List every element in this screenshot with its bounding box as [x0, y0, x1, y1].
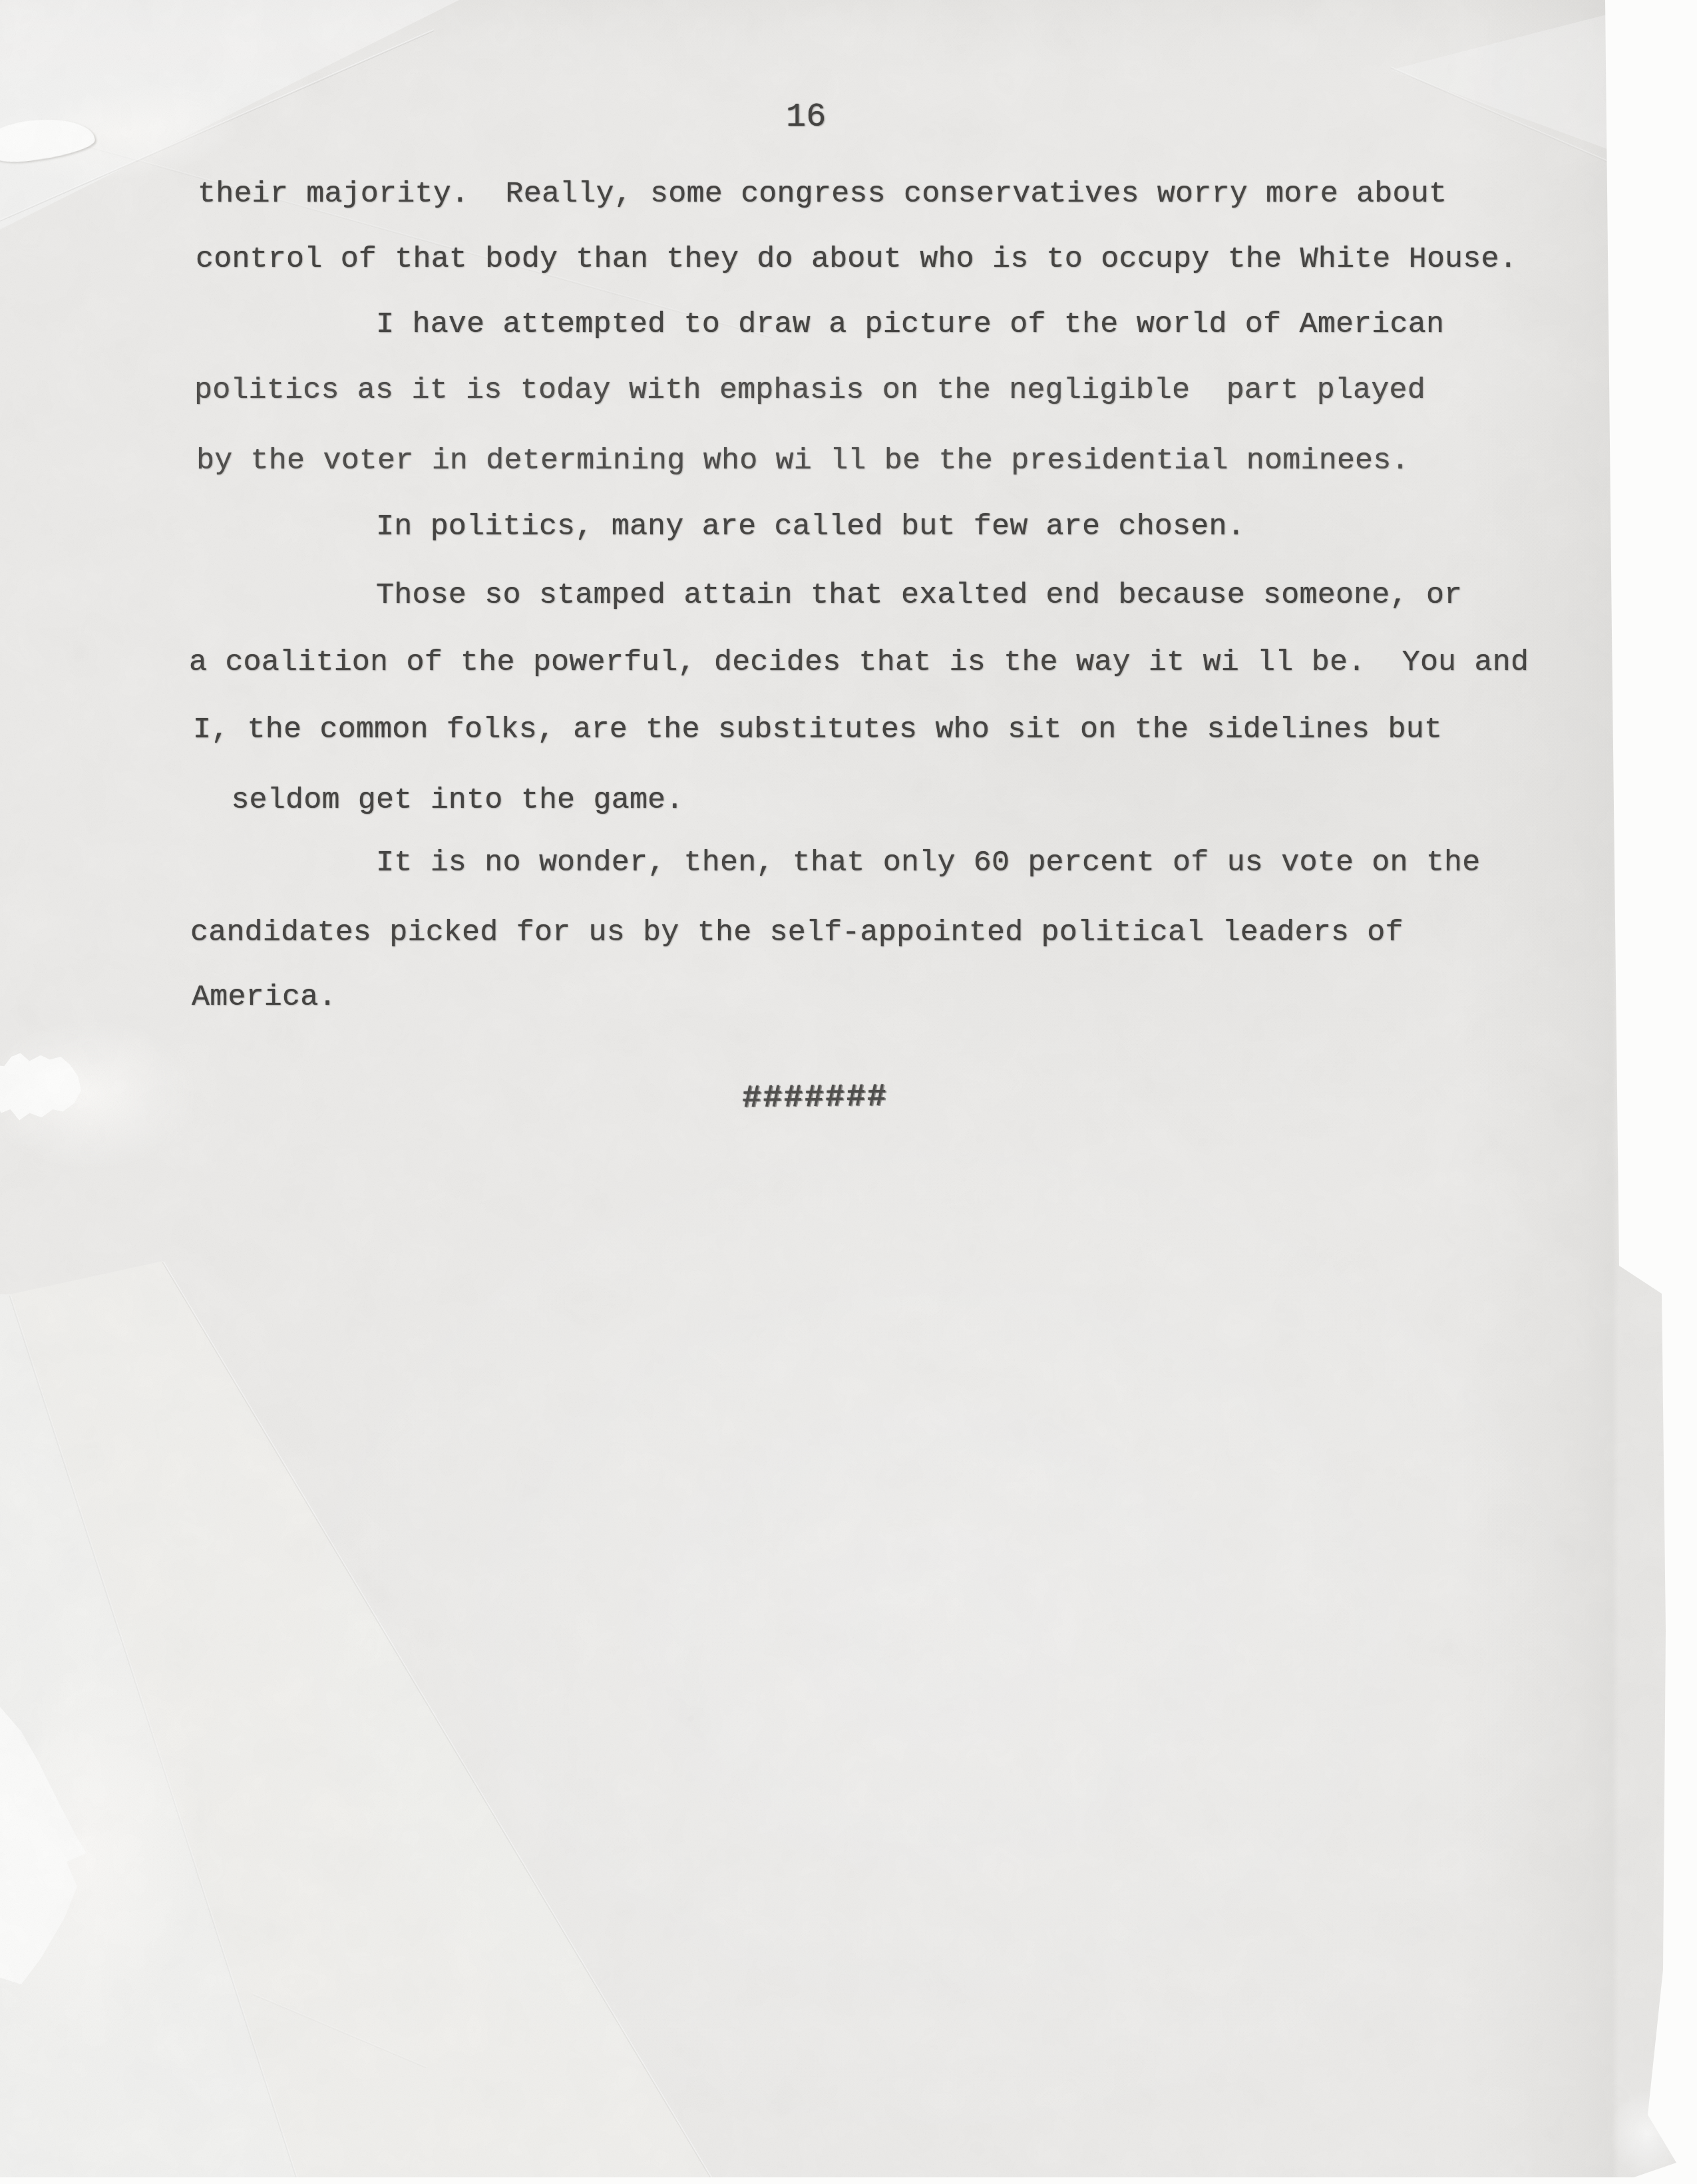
paper-sheet: 16 their majority. Really, some congress… — [0, 0, 1697, 2184]
scanned-document-page: 16 their majority. Really, some congress… — [0, 0, 1697, 2184]
typewritten-line: I, the common folks, are the substitutes… — [193, 715, 1442, 745]
typewritten-line: seldom get into the game. — [195, 785, 684, 815]
typewritten-line: Those so stamped attain that exalted end… — [195, 580, 1462, 610]
typewritten-line: their majority. Really, some congress co… — [198, 179, 1447, 209]
typewritten-text-layer: 16 their majority. Really, some congress… — [0, 0, 1697, 2184]
typewritten-line: America. — [192, 982, 337, 1012]
typewritten-line: by the voter in determining who wi ll be… — [196, 446, 1410, 476]
typewritten-line: It is no wonder, then, that only 60 perc… — [195, 848, 1481, 878]
page-number: 16 — [786, 102, 826, 132]
typewritten-line: control of that body than they do about … — [196, 244, 1517, 274]
typewritten-line: I have attempted to draw a picture of th… — [195, 309, 1444, 339]
typewritten-line: candidates picked for us by the self-app… — [190, 918, 1404, 948]
typewritten-line: In politics, many are called but few are… — [195, 512, 1245, 542]
typewritten-line: a coalition of the powerful, decides tha… — [189, 647, 1529, 677]
end-mark: ####### — [742, 1083, 888, 1114]
typewritten-line: politics as it is today with emphasis on… — [194, 375, 1425, 405]
